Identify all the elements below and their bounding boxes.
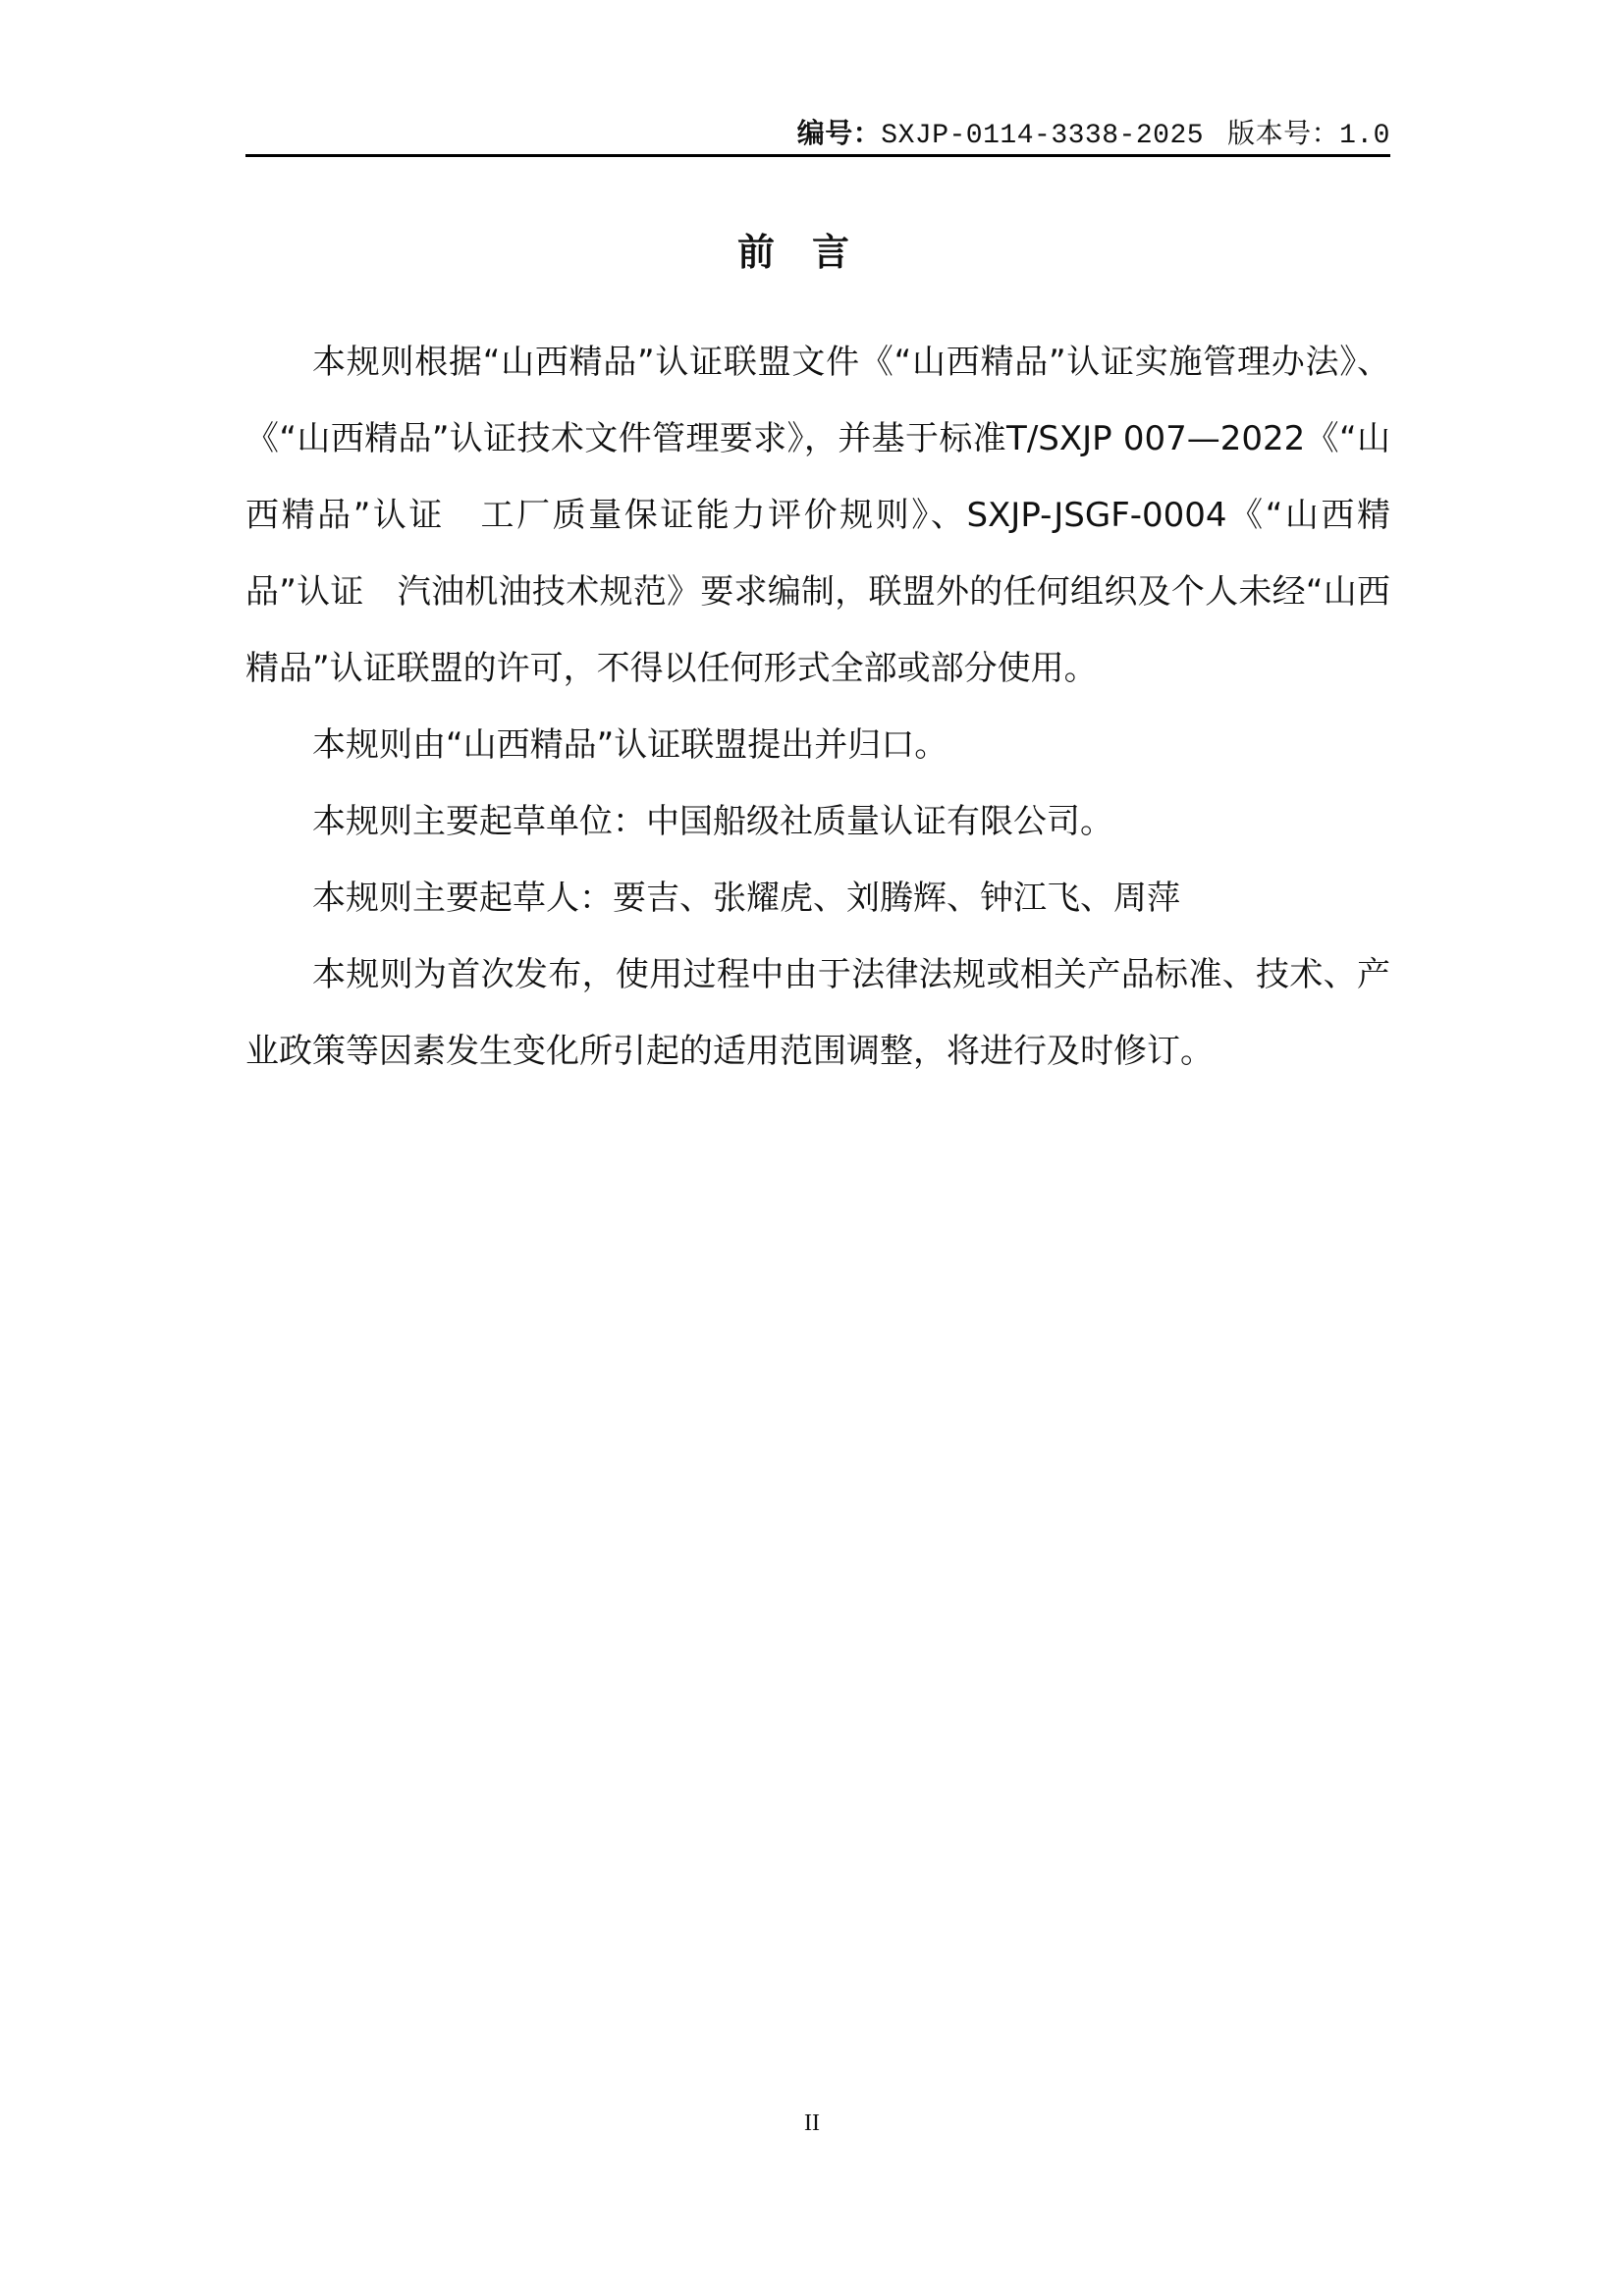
code-label: 编号：: [797, 117, 882, 149]
paragraph: 本规则主要起草单位：中国船级社质量认证有限公司。: [245, 783, 1390, 860]
version-label: 版本号：: [1227, 117, 1339, 149]
version-number: 1.0: [1339, 121, 1390, 151]
page-number: II: [0, 2110, 1624, 2137]
header-rule: [245, 154, 1390, 157]
paragraph: 本规则为首次发布，使用过程中由于法律法规或相关产品标准、技术、产业政策等因素发生…: [245, 936, 1390, 1090]
page-title: 前言: [0, 222, 1624, 276]
document-body: 本规则根据“山西精品”认证联盟文件《“山西精品”认证实施管理办法》、《“山西精品…: [245, 324, 1390, 1090]
paragraph: 本规则根据“山西精品”认证联盟文件《“山西精品”认证实施管理办法》、《“山西精品…: [245, 324, 1390, 707]
document-header: 编号：SXJP-0114-3338-2025版本号：1.0: [245, 116, 1390, 154]
paragraph: 本规则主要起草人：要吉、张耀虎、刘腾辉、钟江飞、周萍: [245, 860, 1390, 936]
document-code: SXJP-0114-3338-2025: [881, 121, 1204, 151]
paragraph: 本规则由“山西精品”认证联盟提出并归口。: [245, 707, 1390, 783]
